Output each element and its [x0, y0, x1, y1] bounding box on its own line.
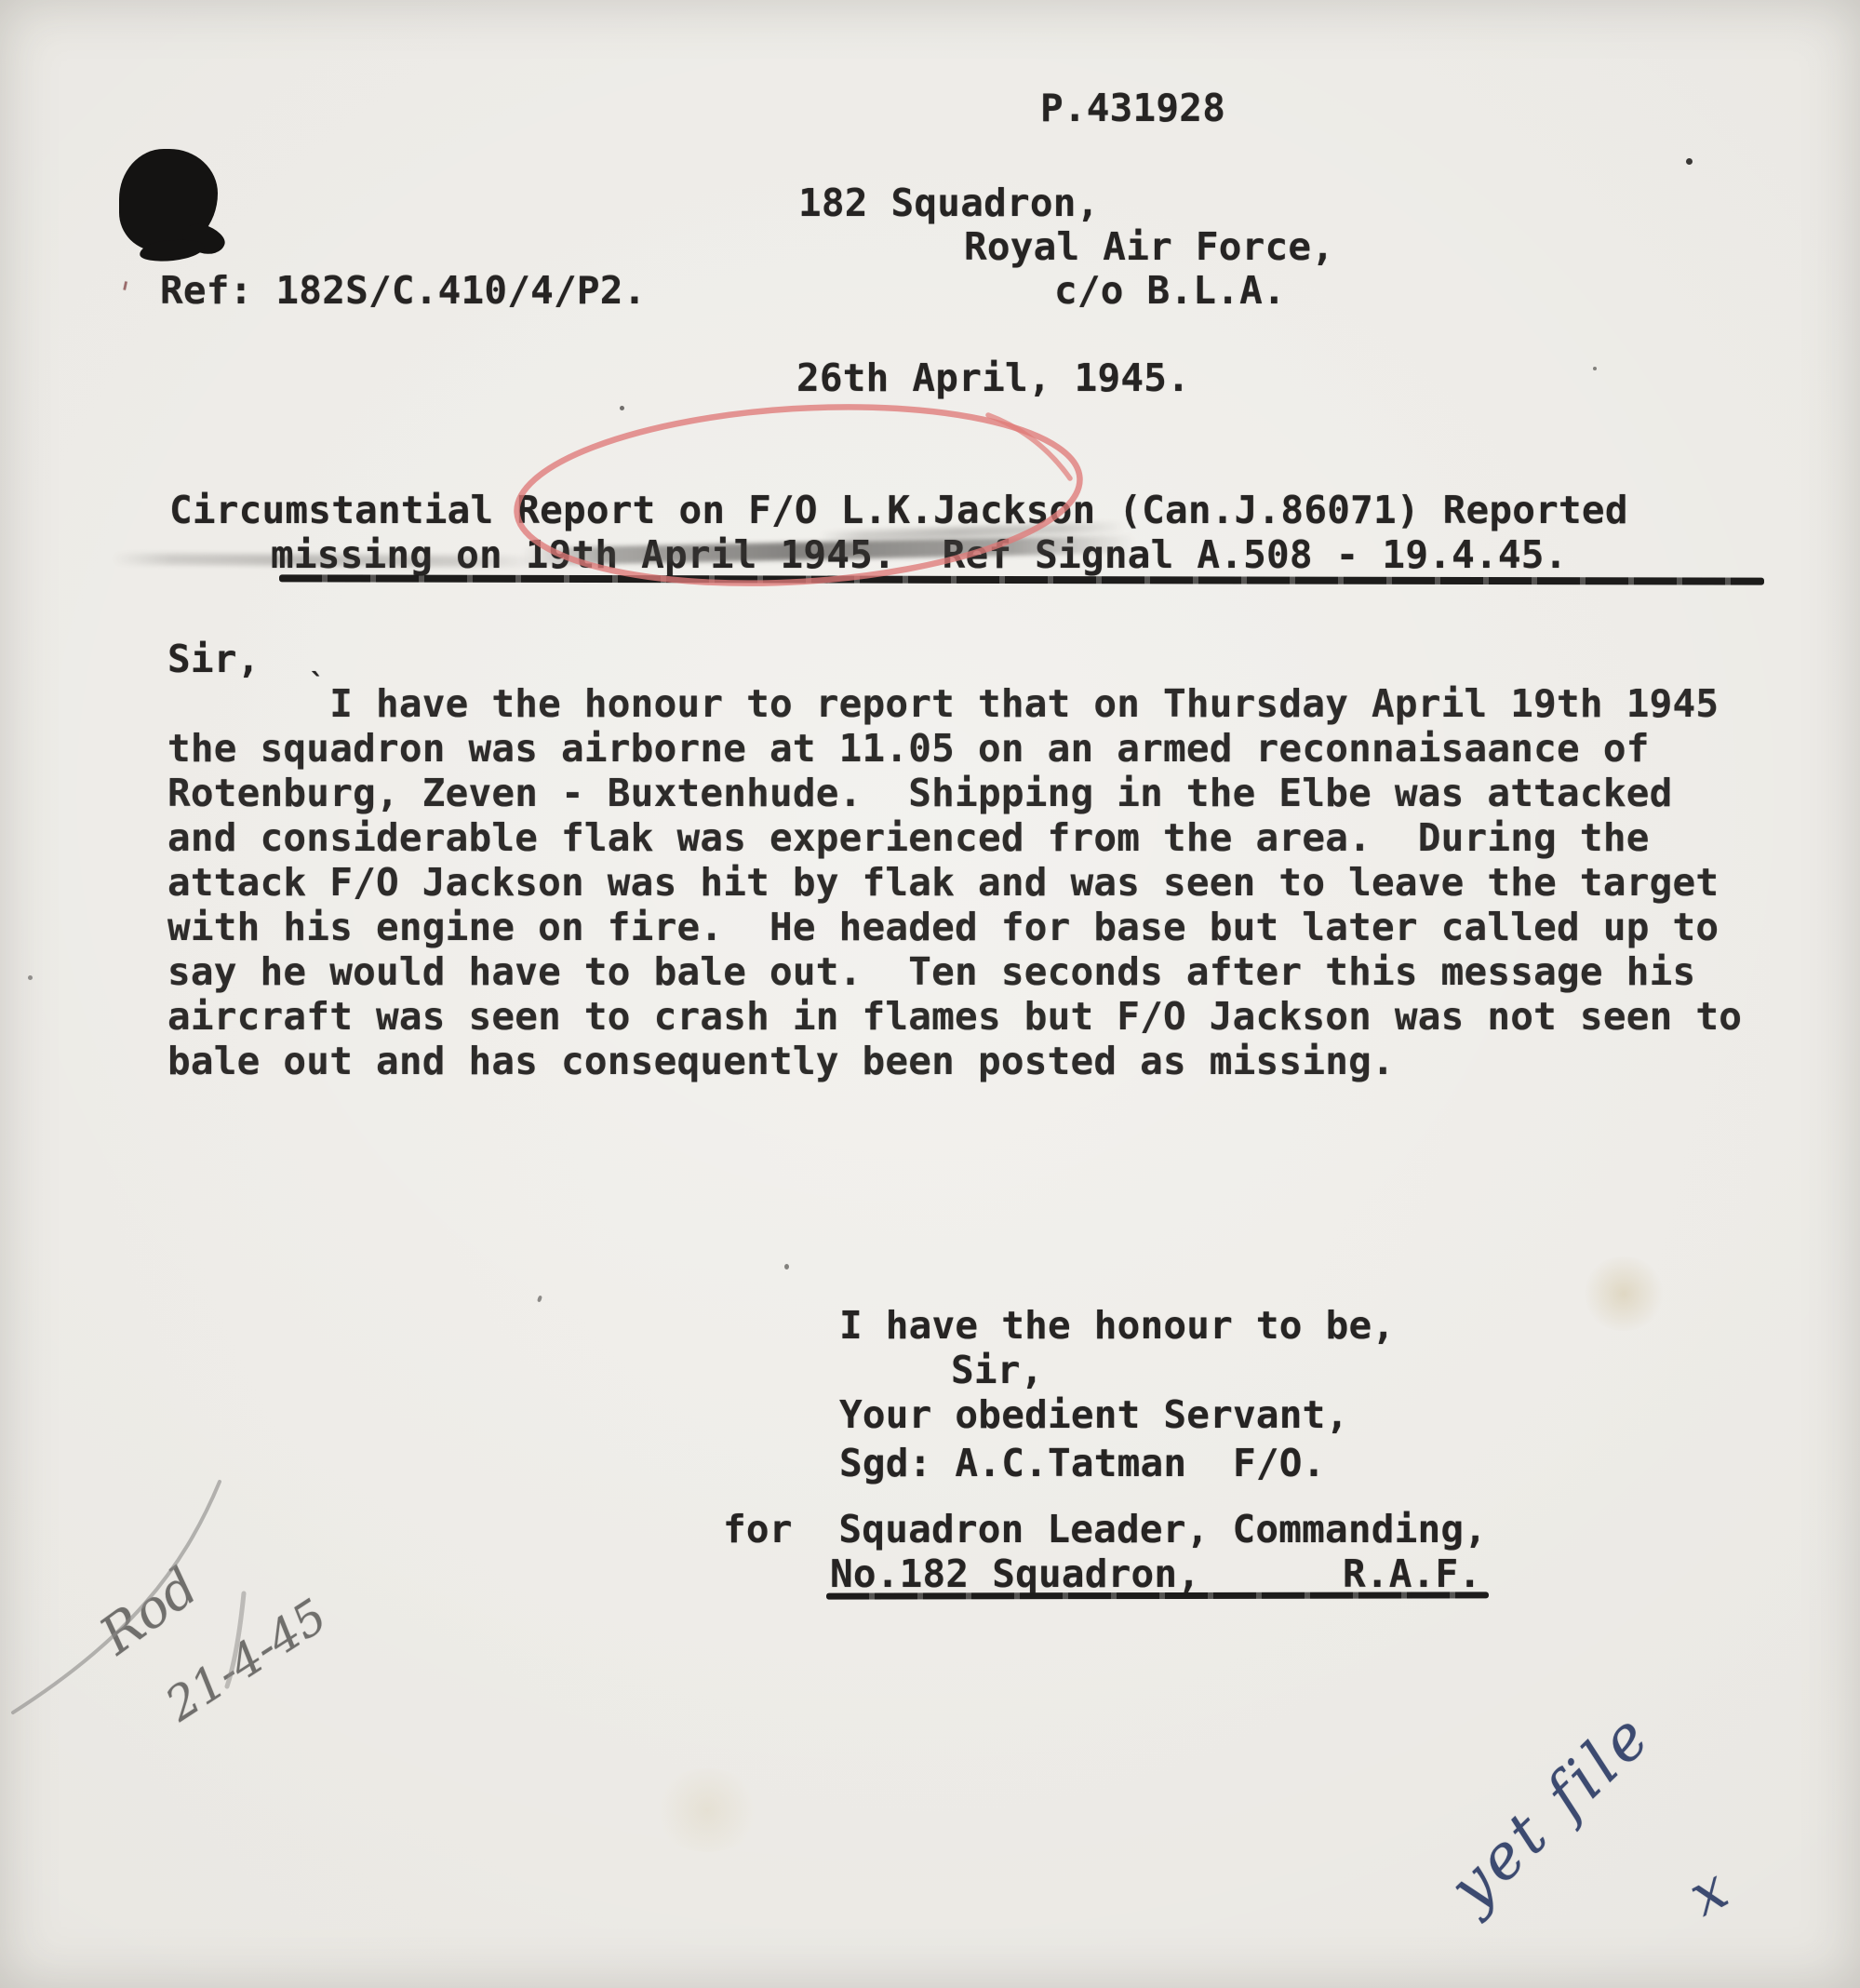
graphite-smudge-left [112, 553, 540, 567]
paper-speck [1686, 158, 1693, 165]
signoff-for-line: for Squadron Leader, Commanding, [723, 1507, 1487, 1551]
subject-line-1: Circumstantial Report on F/O L.K.Jackson… [169, 488, 1628, 532]
signoff-service-line: R.A.F. [1343, 1551, 1481, 1596]
paper-speck [620, 406, 624, 410]
ref-tick-mark: ' [115, 275, 131, 313]
scanned-letter-page: P.431928 182 Squadron, Royal Air Force, … [0, 0, 1860, 1988]
paper-speck [1593, 367, 1597, 370]
body-paragraph: I have the honour to report that on Thur… [167, 681, 1742, 1083]
signoff-underline-rule [826, 1592, 1489, 1599]
file-number: P.431928 [1040, 86, 1225, 130]
filing-initial-handwriting: x [1678, 1854, 1738, 1929]
paper-stain [651, 1768, 763, 1852]
signature-line: Sgd: A.C.Tatman F/O. [839, 1441, 1326, 1485]
filing-note-handwriting: yet file [1436, 1698, 1666, 1924]
paper-speck [784, 1264, 789, 1269]
paper-stain [1582, 1256, 1666, 1331]
closing-line-1: I have the honour to be, [839, 1303, 1395, 1348]
paper-speck [537, 1296, 542, 1303]
date-line: 26th April, 1945. [796, 356, 1190, 400]
closing-line-2: Sir, [951, 1348, 1044, 1392]
received-initials-handwriting: Rod [89, 1556, 209, 1666]
paper-speck [28, 975, 33, 980]
salutation: Sir, [167, 637, 261, 681]
letterhead-service: Royal Air Force, [964, 224, 1334, 269]
letterhead-care-of: c/o B.L.A. [1054, 268, 1286, 313]
ref-line: Ref: 182S/C.410/4/P2. [160, 268, 647, 313]
signoff-unit-line: No.182 Squadron, [830, 1551, 1200, 1596]
letterhead-unit: 182 Squadron, [798, 181, 1100, 225]
closing-line-3: Your obedient Servant, [839, 1392, 1348, 1437]
